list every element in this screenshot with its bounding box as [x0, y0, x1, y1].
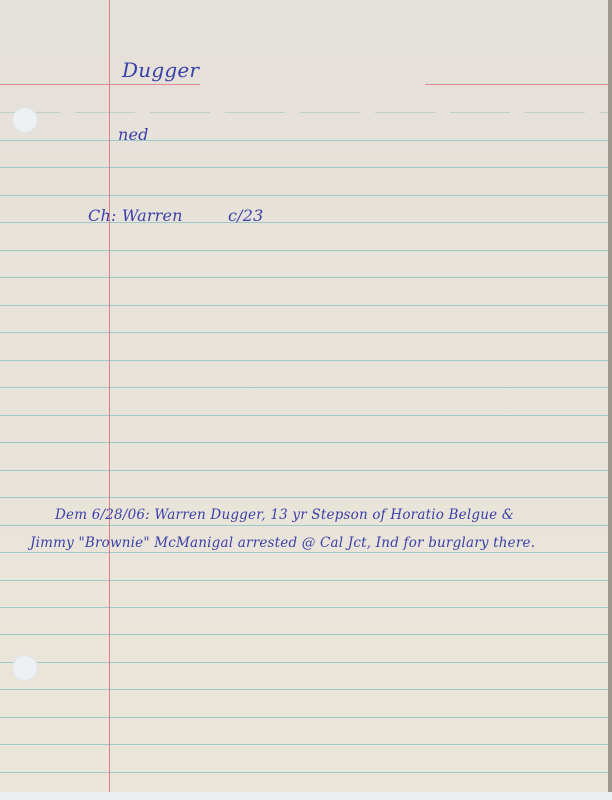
ruled-line — [0, 689, 608, 690]
entry-date: c/23 — [228, 206, 264, 225]
notebook-page: Dugger ned Ch: Warren c/23 Dem 6/28/06: … — [0, 0, 612, 800]
ruled-line — [0, 360, 608, 361]
binder-hole-top — [12, 107, 38, 133]
page-edge-right — [608, 0, 612, 800]
ruled-line — [0, 525, 608, 526]
ruled-line — [0, 744, 608, 745]
ruled-line — [0, 772, 608, 773]
ruled-line — [0, 112, 608, 113]
binder-hole-bottom — [12, 655, 38, 681]
ruled-line — [0, 332, 608, 333]
ruled-line — [0, 387, 608, 388]
ruled-line — [0, 415, 608, 416]
ruled-line — [0, 250, 608, 251]
note-line-2: Jimmy "Brownie" McManigal arrested @ Cal… — [30, 535, 535, 551]
header-red-line-right — [425, 84, 608, 85]
ruled-line — [0, 470, 608, 471]
ruled-line — [0, 497, 608, 498]
ruled-line — [0, 662, 608, 663]
header-red-line-left — [0, 84, 200, 85]
ruled-line — [0, 305, 608, 306]
entry-label: Ch: Warren — [88, 206, 183, 225]
ruled-line — [0, 552, 608, 553]
note-line-1: Dem 6/28/06: Warren Dugger, 13 yr Stepso… — [55, 507, 514, 523]
heading-subnote: ned — [118, 125, 149, 144]
page-edge-bottom — [0, 792, 612, 800]
ruled-line — [0, 580, 608, 581]
ruled-line — [0, 167, 608, 168]
ruled-line — [0, 717, 608, 718]
ruled-line — [0, 607, 608, 608]
heading-name: Dugger — [122, 58, 199, 82]
ruled-line — [0, 277, 608, 278]
ruled-line — [0, 195, 608, 196]
ruled-line — [0, 442, 608, 443]
ruled-line — [0, 634, 608, 635]
ruled-line — [0, 140, 608, 141]
margin-line — [109, 0, 110, 792]
